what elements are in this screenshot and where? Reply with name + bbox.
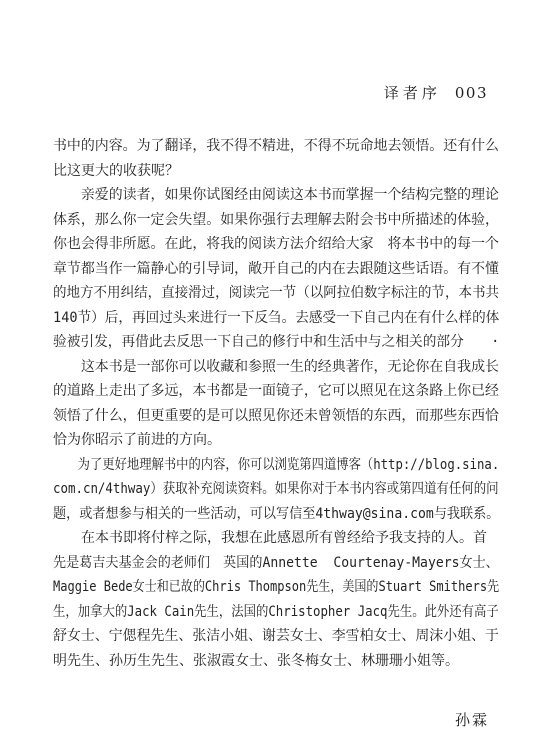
text-line: 题，或者想参与相关的一些活动，可以写信至4thway@sina.com与我联系。 [53,502,471,527]
translator-signature: 孙霖 [455,709,489,731]
text-line: 这本书是一部你可以收藏和参照一生的经典著作，无论你在自我成长 [53,355,497,380]
text-line: 明先生、孙历生先生、张淑霞女士、张冬梅女士、林珊珊小姐等。 [53,649,499,674]
text-line: 体系，那么你一定会失望。如果你强行去理解去附会书中所描述的体验， [53,208,497,233]
text-line: 验被引发，再借此去反思一下自己的修行中和生活中与之相关的部分 · [53,330,489,355]
text-line: com.cn/4thway）获取补充阅读资料。如果你对于本书内容或第四道有任何的… [53,477,449,502]
text-line: 章节都当作一篇静心的引导词，敞开自己的内在去跟随这些话语。有不懂 [53,257,497,282]
text-line: 领悟了什么，但更重要的是可以照见你还未曾领悟的东西，而那些东西恰 [53,404,497,429]
text-line: 先是葛吉夫基金会的老师们 英国的Annette Courtenay-Mayers… [53,551,470,576]
page-number: 003 [455,84,488,102]
text-line: 书中的内容。为了翻译，我不得不精进，不得不玩命地去领悟。还有什么 [53,134,497,159]
book-page: 译者序003 书中的内容。为了翻译，我不得不精进，不得不玩命地去领悟。还有什么比… [0,0,546,736]
section-title: 译者序 [384,84,441,102]
text-line: 亲爱的读者，如果你试图经由阅读这本书而掌握一个结构完整的理论 [53,183,497,208]
preface-body: 书中的内容。为了翻译，我不得不精进，不得不玩命地去领悟。还有什么比这更大的收获呢… [53,134,499,673]
running-header: 译者序003 [365,63,488,123]
text-line: Maggie Bede女士和已故的Chris Thompson先生，美国的Stu… [53,575,436,600]
text-line: 的地方不用纠结，直接滑过，阅读完一节（以阿拉伯数字标注的节，本书共 [53,281,484,306]
text-line: 生，加拿大的Jack Cain先生，法国的Christopher Jacq先生。… [53,600,447,625]
text-line: 在本书即将付梓之际，我想在此感恩所有曾经给予我支持的人。首 [53,526,499,551]
text-line: 140节）后，再回过头来进行一下反刍。去感受一下自己内在有什么样的体 [53,306,486,331]
text-line: 为了更好地理解书中的内容，你可以浏览第四道博客（http://blog.sina… [53,453,445,478]
text-line: 恰为你昭示了前进的方向。 [53,428,499,453]
text-line: 比这更大的收获呢？ [53,159,499,184]
text-line: 你也会得非所愿。在此，将我的阅读方法介绍给大家 将本书中的每一个 [53,232,497,257]
text-line: 舒女士、宁偲程先生、张洁小姐、谢芸女士、李雪柏女士、周沫小姐、于 [53,624,497,649]
text-line: 的道路上走出了多远，本书都是一面镜子，它可以照见在这条路上你已经 [53,379,497,404]
